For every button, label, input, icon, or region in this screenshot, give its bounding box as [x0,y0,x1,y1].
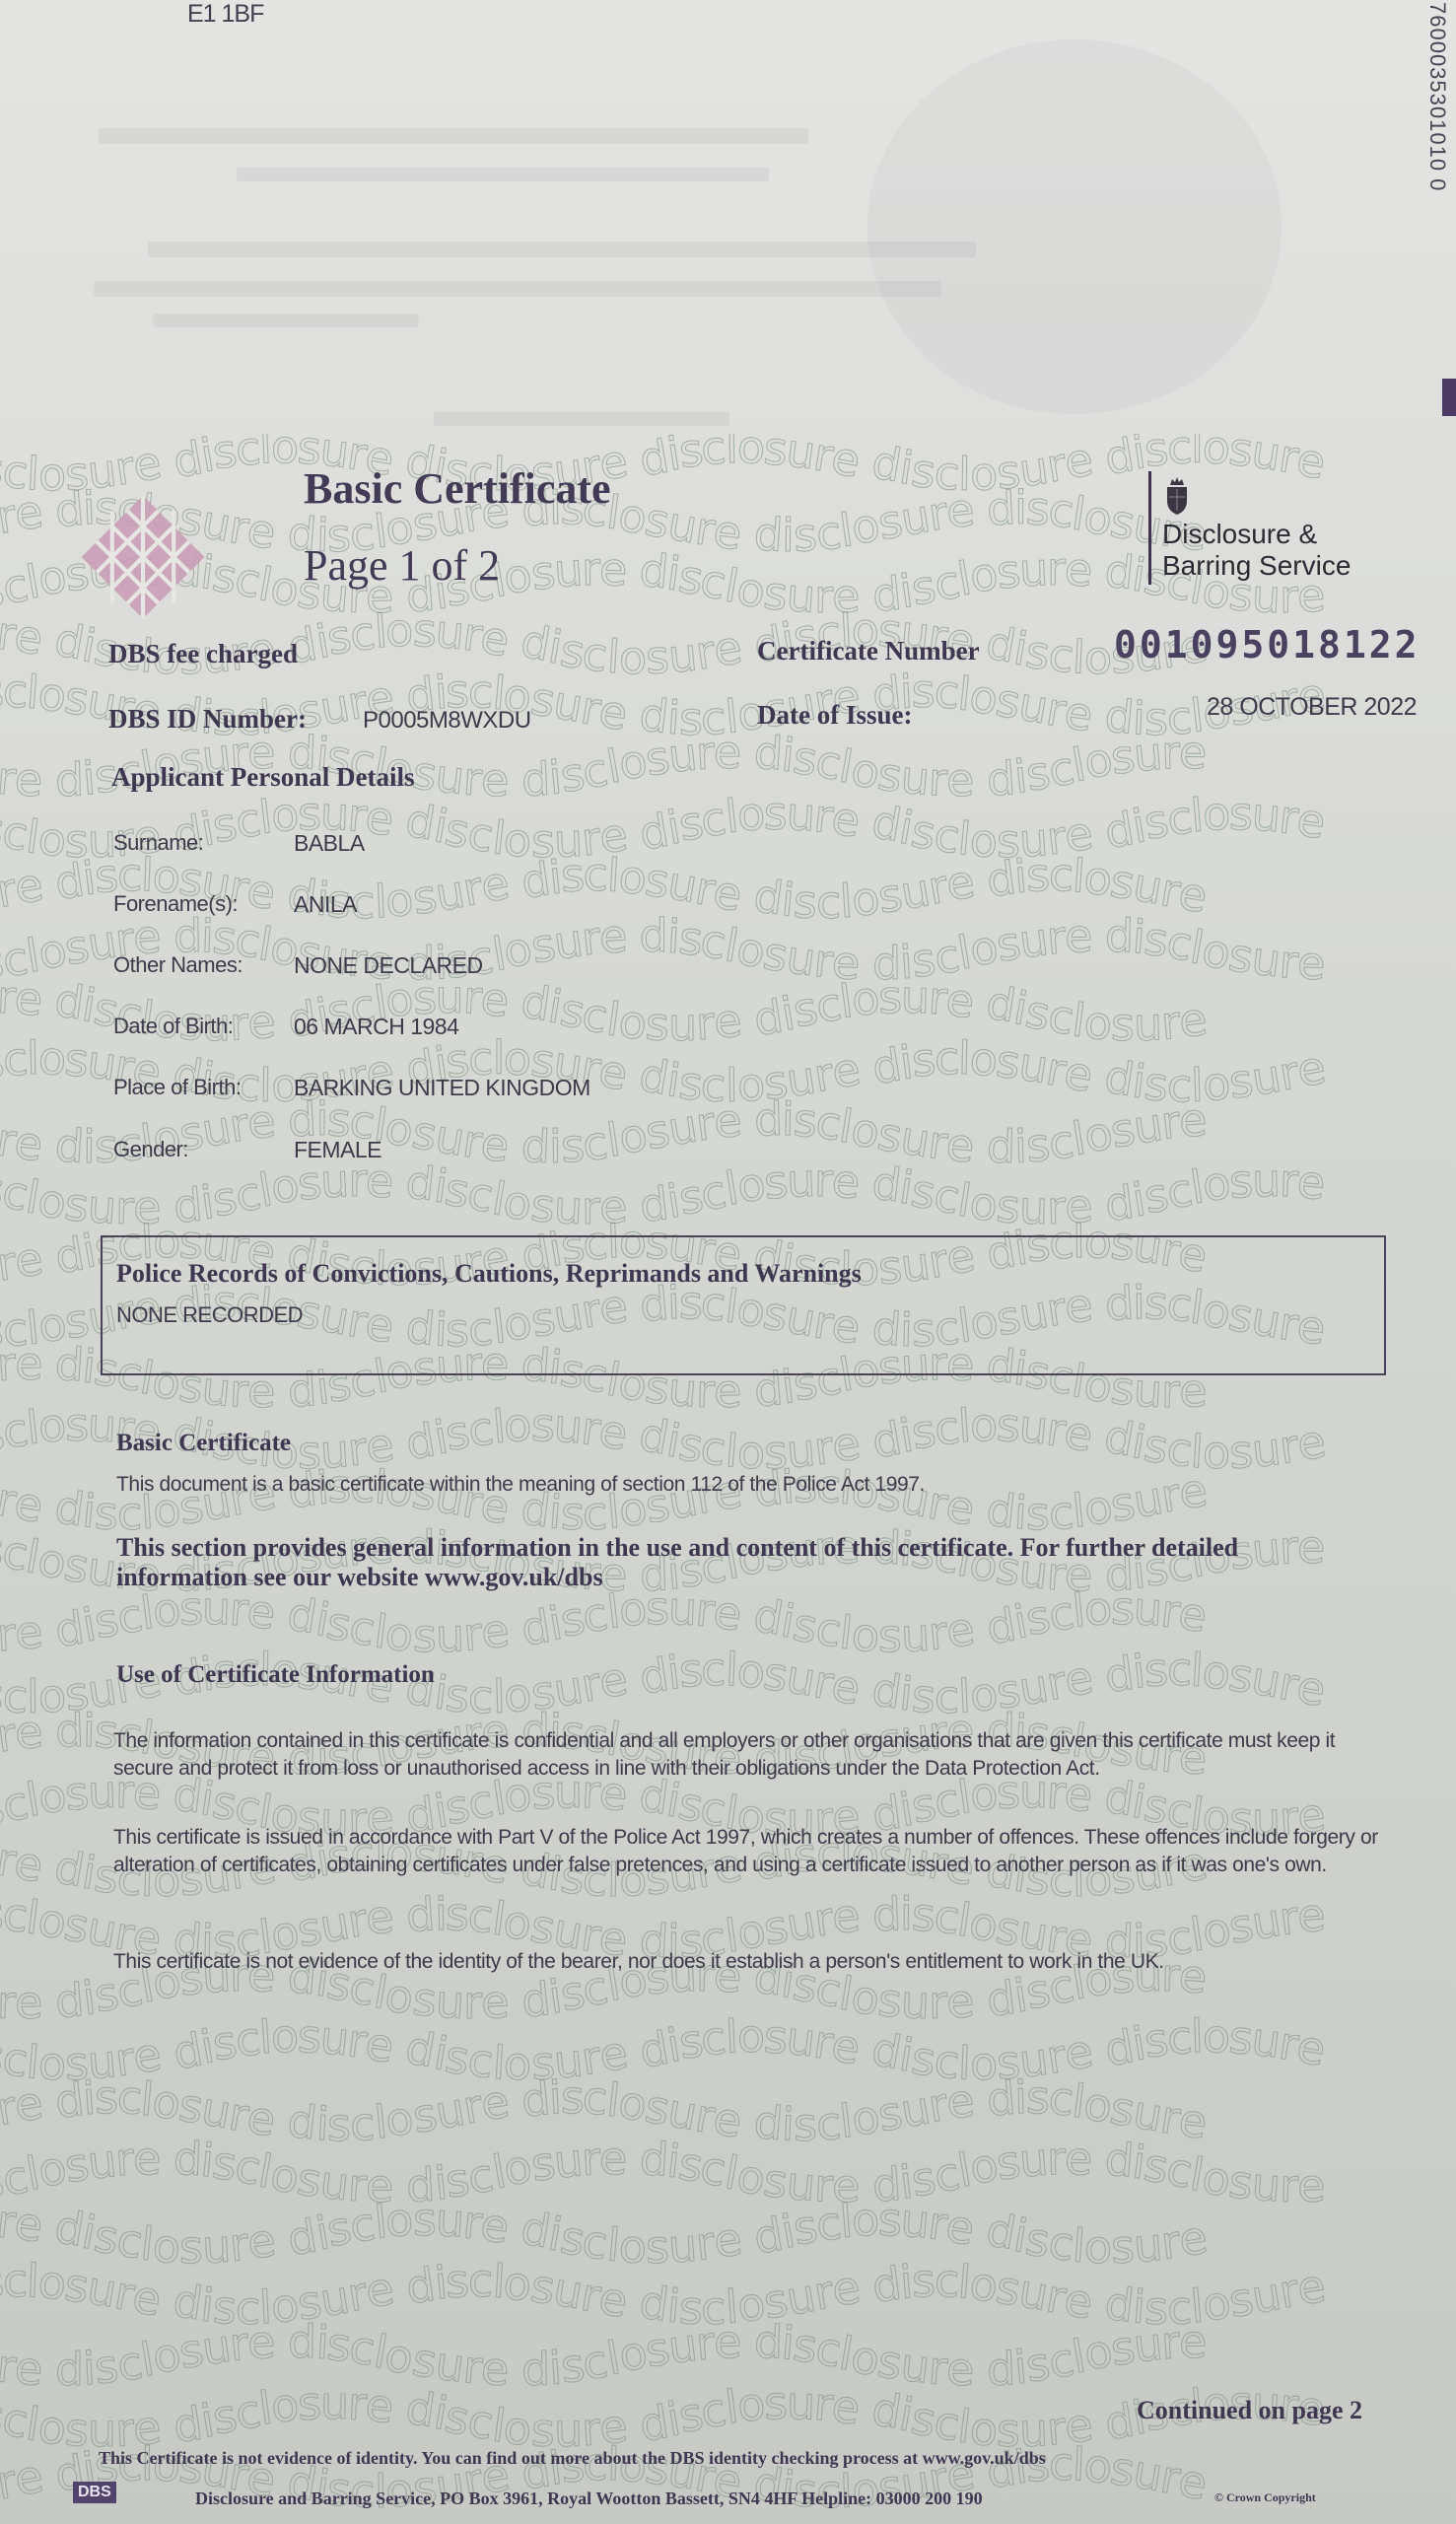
date-of-issue-label: Date of Issue: [757,700,912,731]
dbs-id-value: P0005M8WXDU [363,707,531,735]
page-indicator: Page 1 of 2 [304,540,500,591]
watermark-line: disclosure disclosure disclosure disclos… [0,1167,1338,1221]
date-of-issue-value: 28 OCTOBER 2022 [1207,693,1417,722]
use-paragraph-confidentiality: The information contained in this certif… [113,1727,1385,1783]
certificate-number-value: 001095018122 [1114,623,1421,666]
police-records-box: Police Records of Convictions, Cautions,… [101,1235,1386,1375]
police-records-value: NONE RECORDED [116,1302,303,1328]
watermark-line: disclosure disclosure disclosure disclos… [0,434,1338,487]
watermark-line: disclosure disclosure disclosure disclos… [0,2207,1219,2260]
continued-notice: Continued on page 2 [1137,2396,1362,2425]
identity-notice: This Certificate is not evidence of iden… [99,2448,1046,2469]
applicant-details-heading: Applicant Personal Details [111,762,415,793]
logo-divider [1148,471,1151,585]
footer-address: Disclosure and Barring Service, PO Box 3… [195,2489,983,2509]
certificate-number-label: Certificate Number [757,636,980,666]
watermark-line: disclosure disclosure disclosure disclos… [0,2268,1338,2321]
watermark-line: disclosure disclosure disclosure disclos… [0,1595,1219,1648]
use-paragraph-identity: This certificate is not evidence of the … [113,1948,1385,1976]
serial-number-vertical: 7600035301010 0 [1424,2,1450,191]
fee-label: DBS fee charged [108,639,298,669]
watermark-line: disclosure disclosure disclosure disclos… [0,2023,1338,2076]
postcode-fragment: E1 1BF [187,0,263,29]
general-info-text: This section provides general informatio… [116,1533,1358,1592]
watermark-line: disclosure disclosure disclosure disclos… [0,2084,1219,2138]
police-records-heading: Police Records of Convictions, Cautions,… [116,1259,862,1289]
dbs-diamond-logo-icon [79,493,207,621]
basic-certificate-text: This document is a basic certificate wit… [116,1471,1388,1499]
issuer-name: Disclosure & Barring Service [1162,519,1351,582]
royal-crest-icon [1162,475,1192,517]
dbs-badge: DBS [73,2482,116,2503]
certificate-title: Basic Certificate [304,463,611,514]
watermark-line: disclosure disclosure disclosure disclos… [0,1901,1338,1954]
edge-marker [1442,379,1456,416]
dbs-id-label: DBS ID Number: [108,704,307,735]
basic-certificate-heading: Basic Certificate [116,1430,291,1457]
crown-copyright: © Crown Copyright [1214,2490,1316,2505]
watermark-line: disclosure disclosure disclosure disclos… [0,2329,1219,2382]
watermark-line: disclosure disclosure disclosure disclos… [0,2145,1338,2199]
use-paragraph-offences: This certificate is issued in accordance… [113,1824,1385,1879]
use-of-information-heading: Use of Certificate Information [116,1661,435,1689]
